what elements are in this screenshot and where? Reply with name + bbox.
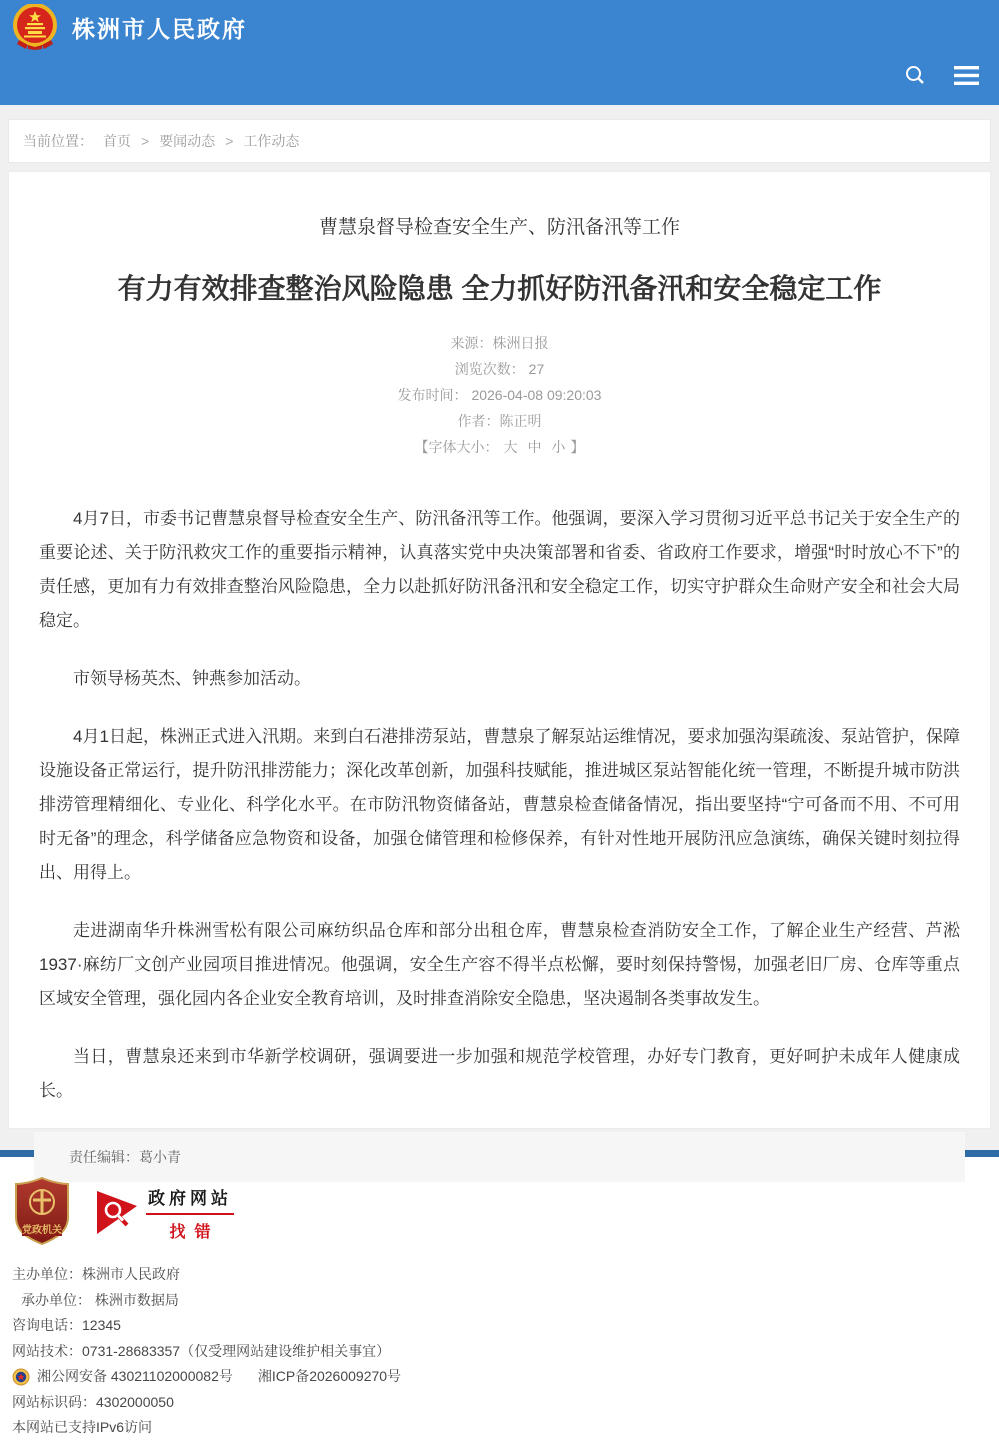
footer-ipv6-line: 本网站已支持IPv6访问 [12,1415,999,1441]
editor-name: 葛小青 [139,1149,181,1165]
breadcrumb-item-work-news[interactable]: 工作动态 [243,131,299,151]
meta-views-label: 浏览次数： [455,361,525,377]
fontsize-label-close: 】 [571,439,585,455]
shield-label: 党政机关 [22,1223,62,1236]
phone-value: 12345 [82,1317,121,1333]
editor-label: 责任编辑： [69,1149,139,1165]
breadcrumb-separator: > [225,133,233,149]
meta-views-value: 27 [529,361,545,377]
fontsize-medium-button[interactable]: 中 [528,439,542,455]
error-report-bottom-label: 找错 [160,1219,219,1242]
meta-source: 来源：株洲日报 [34,330,965,356]
undertaker-value: 株洲市数据局 [95,1292,179,1308]
undertaker-label: 承办单位： [21,1292,91,1308]
article-panel: 曹慧泉督导检查安全生产、防汛备汛等工作 有力有效排查整治风险隐患 全力抓好防汛备… [8,171,991,1129]
footer-host-line: 主办单位：株洲市人民政府 [12,1262,999,1288]
breadcrumb-item-news[interactable]: 要闻动态 [159,131,215,151]
public-security-record-link[interactable]: 湘公网安备 43021102000082号 [37,1364,233,1390]
footer-tech-line: 网站技术：0731-28683357（仅受理网站建设维护相关事宜） [12,1339,999,1365]
tech-value: 0731-28683357（仅受理网站建设维护相关事宜） [82,1343,390,1359]
breadcrumb-separator: > [141,133,149,149]
article-title: 有力有效排查整治风险隐患 全力抓好防汛备汛和安全稳定工作 [54,269,945,308]
article-supertitle: 曹慧泉督导检查安全生产、防汛备汛等工作 [34,212,965,239]
site-header: 株洲市人民政府 [0,0,999,105]
ipv6-note: 本网站已支持IPv6访问 [12,1419,152,1435]
site-brand[interactable]: 株洲市人民政府 [12,4,247,50]
national-emblem-icon [12,4,58,50]
meta-views: 浏览次数： 27 [34,356,965,382]
meta-source-value: 株洲日报 [493,335,549,351]
editor-box: 责任编辑：葛小青 [34,1132,965,1182]
breadcrumb-label: 当前位置： [23,131,93,151]
host-label: 主办单位： [12,1266,82,1282]
website-error-report-badge[interactable]: 政府网站 找错 [96,1184,234,1242]
public-security-badge-icon [12,1368,30,1386]
error-report-top-label: 政府网站 [146,1184,234,1215]
footer-undertaker-line: 承办单位： 株洲市数据局 [12,1288,999,1314]
breadcrumb-item-home[interactable]: 首页 [103,131,131,151]
meta-source-label: 来源： [451,335,493,351]
nav-icons [904,64,979,86]
meta-time-label: 发布时间： [398,387,468,403]
fontsize-label: 【字体大小： [415,439,499,455]
search-icon [904,64,926,86]
meta-fontsize-control: 【字体大小：大中小】 [34,434,965,460]
search-button[interactable] [904,64,926,86]
footer-sitecode-line: 网站标识码：4302000050 [12,1390,999,1416]
article-paragraph: 市领导杨英杰、钟燕参加活动。 [39,662,960,696]
hamburger-menu-icon [954,66,979,85]
error-report-text: 政府网站 找错 [146,1184,234,1242]
article-paragraph: 走进湖南华升株洲雪松有限公司麻纺织品仓库和部分出租仓库，曹慧泉检查消防安全工作，… [39,914,960,1016]
icp-record-link[interactable]: 湘ICP备2026009270号 [258,1364,401,1390]
sitecode-value: 4302000050 [96,1394,174,1410]
article-body: 4月7日，市委书记曹慧泉督导检查安全生产、防汛备汛等工作。他强调，要深入学习贯彻… [34,502,965,1132]
party-government-shield-icon: 党政机关 [14,1177,70,1245]
phone-label: 咨询电话： [12,1317,82,1333]
footer-record-line: 湘公网安备 43021102000082号 湘ICP备2026009270号 [12,1364,999,1390]
fontsize-small-button[interactable]: 小 [552,439,566,455]
error-report-flag-icon [96,1189,140,1237]
tech-label: 网站技术： [12,1343,82,1359]
article-paragraph: 4月1日起，株洲正式进入汛期。来到白石港排涝泵站，曹慧泉了解泵站运维情况，要求加… [39,720,960,890]
fontsize-large-button[interactable]: 大 [504,439,518,455]
dangzheng-badge[interactable]: 党政机关 [14,1177,70,1248]
article-paragraph: 4月7日，市委书记曹慧泉督导检查安全生产、防汛备汛等工作。他强调，要深入学习贯彻… [39,502,960,638]
meta-author: 作者：陈正明 [34,408,965,434]
meta-time-value: 2026-04-08 09:20:03 [471,387,601,403]
site-footer: 党政机关 政府网站 找错 主办单位：株洲市人民政府 承办单位： 株洲市数据局 咨… [0,1157,999,1444]
meta-author-value: 陈正明 [500,413,542,429]
site-title: 株洲市人民政府 [72,11,247,44]
article-meta: 来源：株洲日报 浏览次数： 27 发布时间： 2026-04-08 09:20:… [34,330,965,460]
meta-author-label: 作者： [458,413,500,429]
meta-publish-time: 发布时间： 2026-04-08 09:20:03 [34,382,965,408]
article-paragraph: 当日，曹慧泉还来到市华新学校调研，强调要进一步加强和规范学校管理，办好专门教育，… [39,1040,960,1108]
footer-logos: 党政机关 政府网站 找错 [12,1177,999,1248]
breadcrumb: 当前位置： 首页 > 要闻动态 > 工作动态 [8,119,991,163]
host-value: 株洲市人民政府 [82,1266,180,1282]
footer-phone-line: 咨询电话：12345 [12,1313,999,1339]
menu-button[interactable] [954,66,979,85]
sitecode-label: 网站标识码： [12,1394,96,1410]
